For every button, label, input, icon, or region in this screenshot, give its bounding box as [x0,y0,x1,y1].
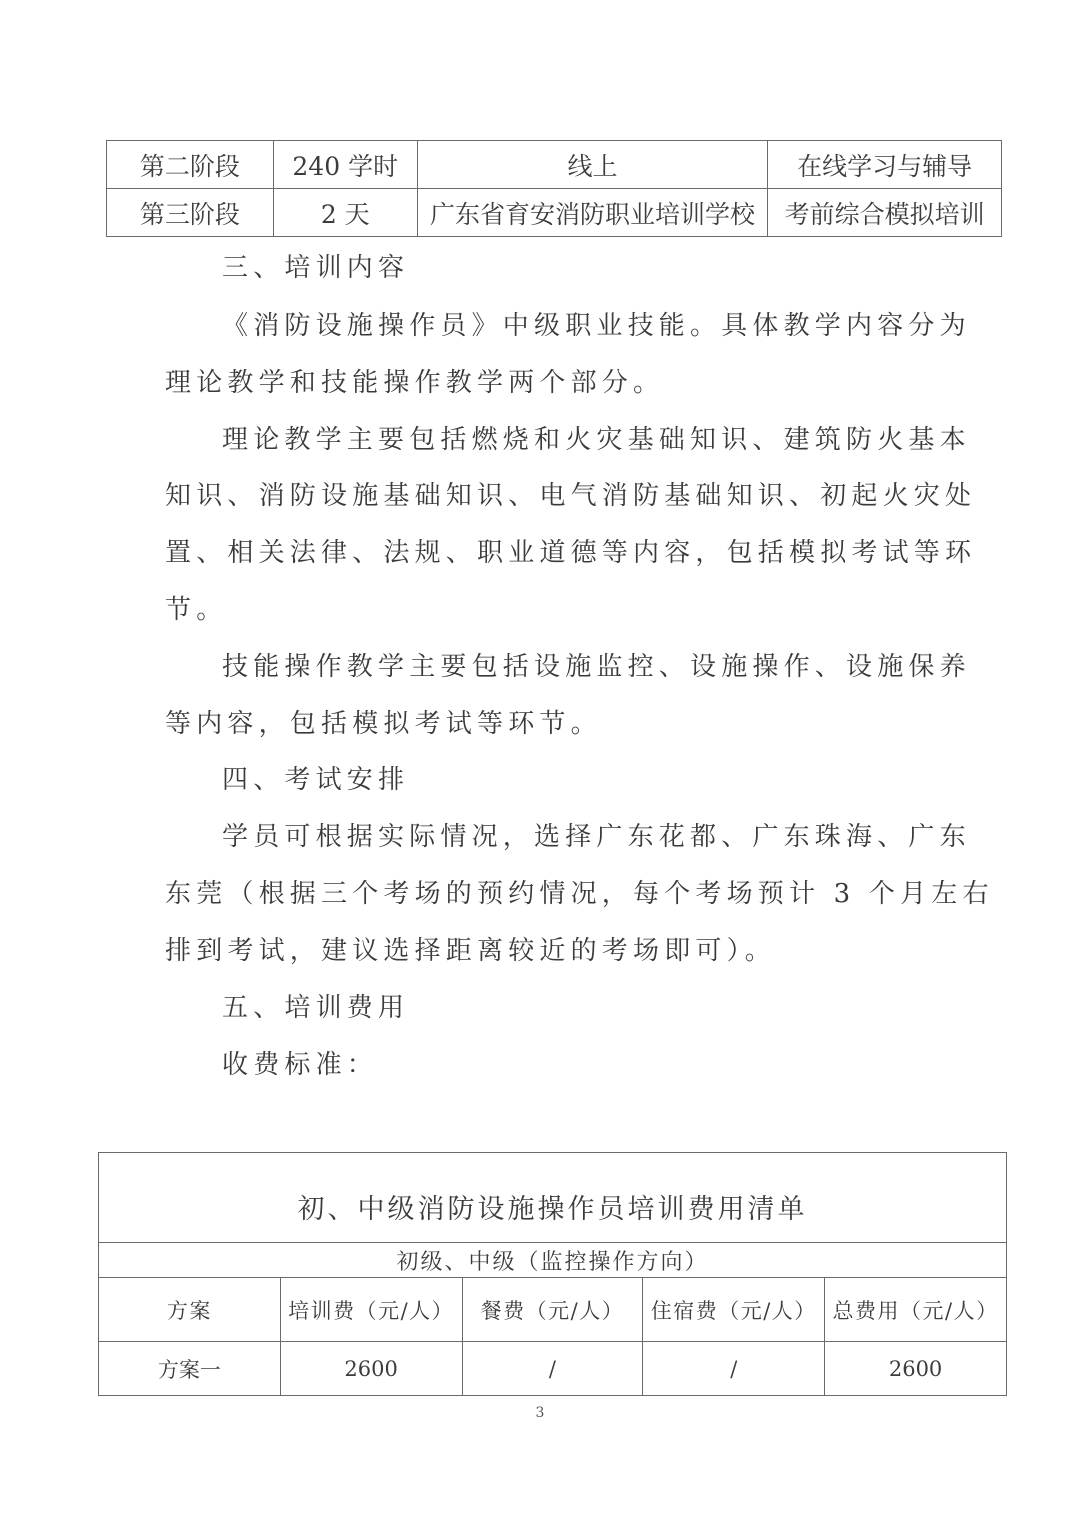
paragraph-line: 置、相关法律、法规、职业道德等内容，包括模拟考试等环 [165,536,945,570]
lodging-fee-cell: / [643,1342,825,1396]
duration-cell: 240 学时 [273,141,417,189]
paragraph-line: 学员可根据实际情况，选择广东花都、广东珠海、广东 [222,820,1002,854]
paragraph-line: 《消防设施操作员》中级职业技能。具体教学内容分为 [222,309,1002,343]
content-cell: 在线学习与辅导 [768,141,1002,189]
duration-cell: 2 天 [273,189,417,237]
column-header-total-fee: 总费用（元/人） [825,1278,1007,1342]
training-fee-cell: 2600 [280,1342,462,1396]
table-row: 第二阶段 240 学时 线上 在线学习与辅导 [107,141,1002,189]
table-row: 方案一 2600 / / 2600 [99,1342,1007,1396]
content-cell: 考前综合模拟培训 [768,189,1002,237]
location-cell: 广东省育安消防职业培训学校 [417,189,768,237]
location-cell: 线上 [417,141,768,189]
total-fee-cell: 2600 [825,1342,1007,1396]
page-number: 3 [0,1405,1080,1421]
fee-table-title: 初、中级消防设施操作员培训费用清单 [99,1153,1007,1243]
meal-fee-cell: / [462,1342,643,1396]
paragraph-line: 等内容，包括模拟考试等环节。 [165,707,945,741]
table-header-row: 方案 培训费（元/人） 餐费（元/人） 住宿费（元/人） 总费用（元/人） [99,1278,1007,1342]
plan-cell: 方案一 [99,1342,281,1396]
stage-cell: 第二阶段 [107,141,274,189]
stage-cell: 第三阶段 [107,189,274,237]
paragraph-line: 排到考试，建议选择距离较近的考场即可）。 [165,934,945,968]
paragraph-line: 技能操作教学主要包括设施监控、设施操作、设施保养 [222,650,1002,684]
column-header-plan: 方案 [99,1278,281,1342]
paragraph-line: 节。 [165,593,945,627]
column-header-lodging-fee: 住宿费（元/人） [643,1278,825,1342]
section-heading-exam-arrangement: 四、考试安排 [222,763,1002,797]
section-heading-training-content: 三、培训内容 [222,251,1002,285]
column-header-meal-fee: 餐费（元/人） [462,1278,643,1342]
fee-table-subtitle: 初级、中级（监控操作方向） [99,1243,1007,1278]
paragraph-line: 理论教学和技能操作教学两个部分。 [165,366,945,400]
paragraph-line: 理论教学主要包括燃烧和火灾基础知识、建筑防火基本 [222,423,1002,457]
fee-standard-label: 收费标准： [222,1048,1002,1082]
fee-list-table: 初、中级消防设施操作员培训费用清单 初级、中级（监控操作方向） 方案 培训费（元… [98,1152,1007,1396]
section-heading-training-fees: 五、培训费用 [222,991,1002,1025]
paragraph-line: 知识、消防设施基础知识、电气消防基础知识、初起火灾处 [165,479,945,513]
table-row: 第三阶段 2 天 广东省育安消防职业培训学校 考前综合模拟培训 [107,189,1002,237]
column-header-training-fee: 培训费（元/人） [280,1278,462,1342]
training-stage-table: 第二阶段 240 学时 线上 在线学习与辅导 第三阶段 2 天 广东省育安消防职… [106,140,1002,237]
paragraph-line: 东莞（根据三个考场的预约情况，每个考场预计 3 个月左右 [165,877,945,911]
